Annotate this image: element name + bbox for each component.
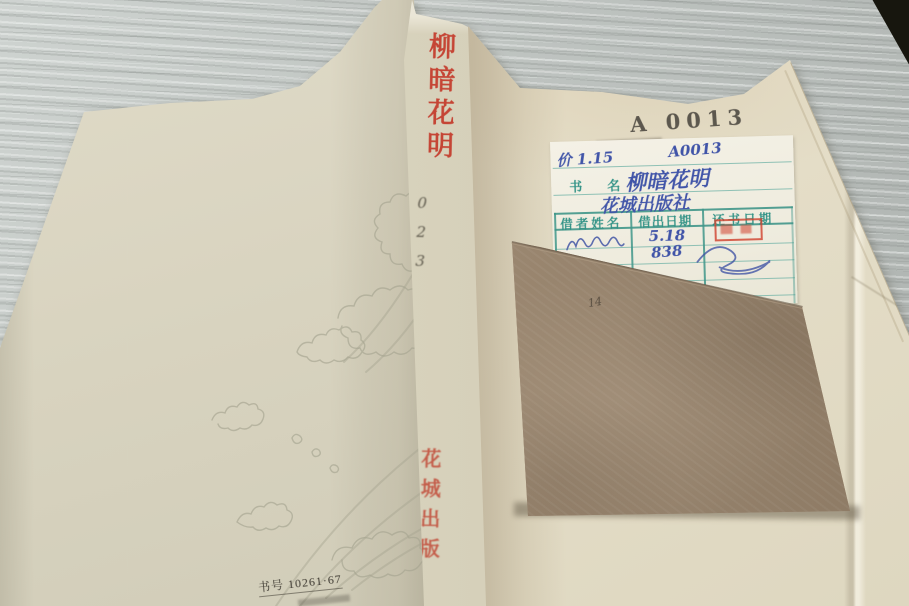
photo-of-old-library-book: 书号 10261·67 柳暗花明 023 花城出版 A 0013: [0, 0, 909, 606]
accession-stamp: A 0013: [629, 104, 749, 137]
signature-scribble: [691, 233, 786, 276]
fore-edge-undersheet-line: [784, 70, 904, 342]
card-price-entry: 价 1.15: [556, 146, 614, 171]
wave-foam-clouds: [212, 191, 438, 578]
open-book: 书号 10261·67 柳暗花明 023 花城出版 A 0013: [0, 0, 909, 606]
spine-title: 柳暗花明: [418, 32, 460, 165]
stamp-glyph-mark: [740, 224, 751, 233]
spine-call-marks: 023: [410, 194, 431, 282]
card-borrow-date-2: 838: [650, 242, 683, 262]
fore-edge-line: [790, 62, 909, 338]
card-title-label-left: 书: [569, 176, 583, 195]
card-accession-number: A0013: [668, 139, 723, 161]
stamp-glyph-mark: [720, 224, 732, 234]
borrower-name-scribble: [565, 230, 628, 258]
pocket-pencil-note: 14: [587, 295, 603, 310]
card-col-divider: [791, 206, 795, 303]
